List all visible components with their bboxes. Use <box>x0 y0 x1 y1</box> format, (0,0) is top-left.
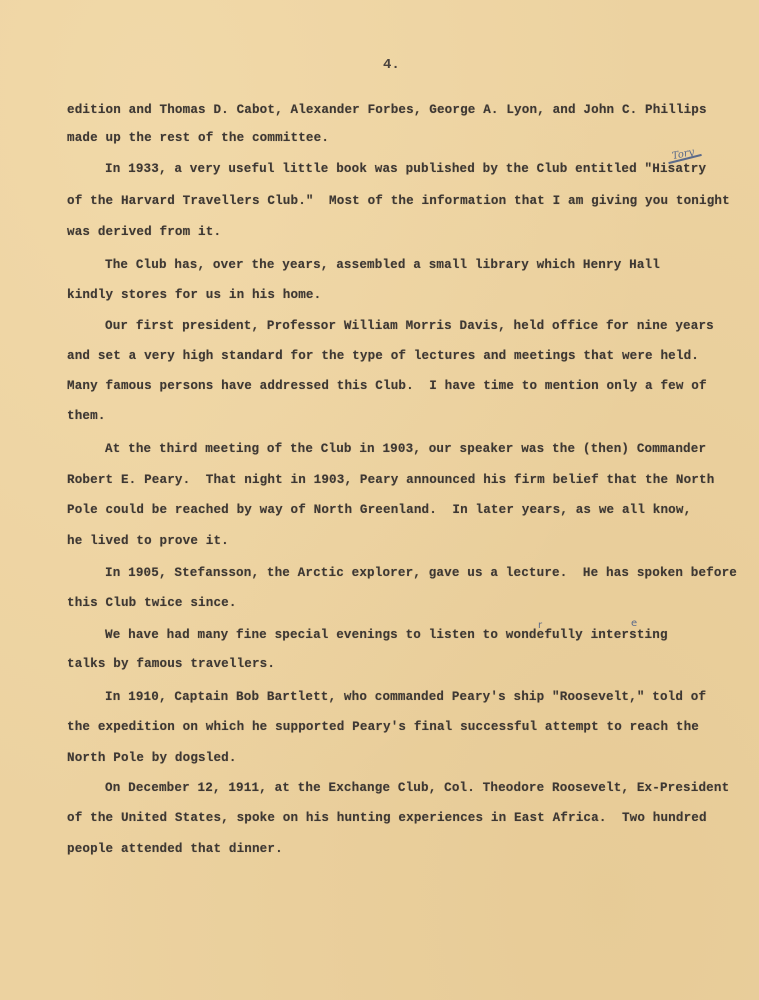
text-line: was derived from it. <box>67 224 221 240</box>
text-line: the expedition on which he supported Pea… <box>67 719 699 735</box>
text-line: Pole could be reached by way of North Gr… <box>67 502 691 518</box>
text-line: Many famous persons have addressed this … <box>67 378 707 394</box>
page-number: 4. <box>383 57 400 73</box>
text-line: of the United States, spoke on his hunti… <box>67 810 707 826</box>
paragraph-start: In 1905, Stefansson, the Arctic explorer… <box>105 565 737 581</box>
text-line: edition and Thomas D. Cabot, Alexander F… <box>67 102 707 118</box>
text-line: kindly stores for us in his home. <box>67 287 321 303</box>
paragraph-start: At the third meeting of the Club in 1903… <box>105 441 706 457</box>
text-line: talks by famous travellers. <box>67 656 275 672</box>
paragraph-start: We have had many fine special evenings t… <box>105 627 668 643</box>
text-line: of the Harvard Travellers Club." Most of… <box>67 193 730 209</box>
text-line: Robert E. Peary. That night in 1903, Pea… <box>67 472 714 488</box>
paragraph-start: On December 12, 1911, at the Exchange Cl… <box>105 780 729 796</box>
paragraph-start: The Club has, over the years, assembled … <box>105 257 660 273</box>
handwritten-correction: Tory <box>671 147 695 162</box>
text-line: North Pole by dogsled. <box>67 750 237 766</box>
text-line: he lived to prove it. <box>67 533 229 549</box>
text-line: made up the rest of the committee. <box>67 130 329 146</box>
handwritten-caret-insert: e <box>631 618 637 629</box>
paragraph-start: Our first president, Professor William M… <box>105 318 714 334</box>
text-line: and set a very high standard for the typ… <box>67 348 699 364</box>
text-line: this Club twice since. <box>67 595 237 611</box>
text-line: people attended that dinner. <box>67 841 283 857</box>
paragraph-start: In 1933, a very useful little book was p… <box>105 161 706 177</box>
handwritten-caret-insert: r <box>538 620 542 631</box>
text-line: them. <box>67 408 106 424</box>
paragraph-start: In 1910, Captain Bob Bartlett, who comma… <box>105 689 706 705</box>
